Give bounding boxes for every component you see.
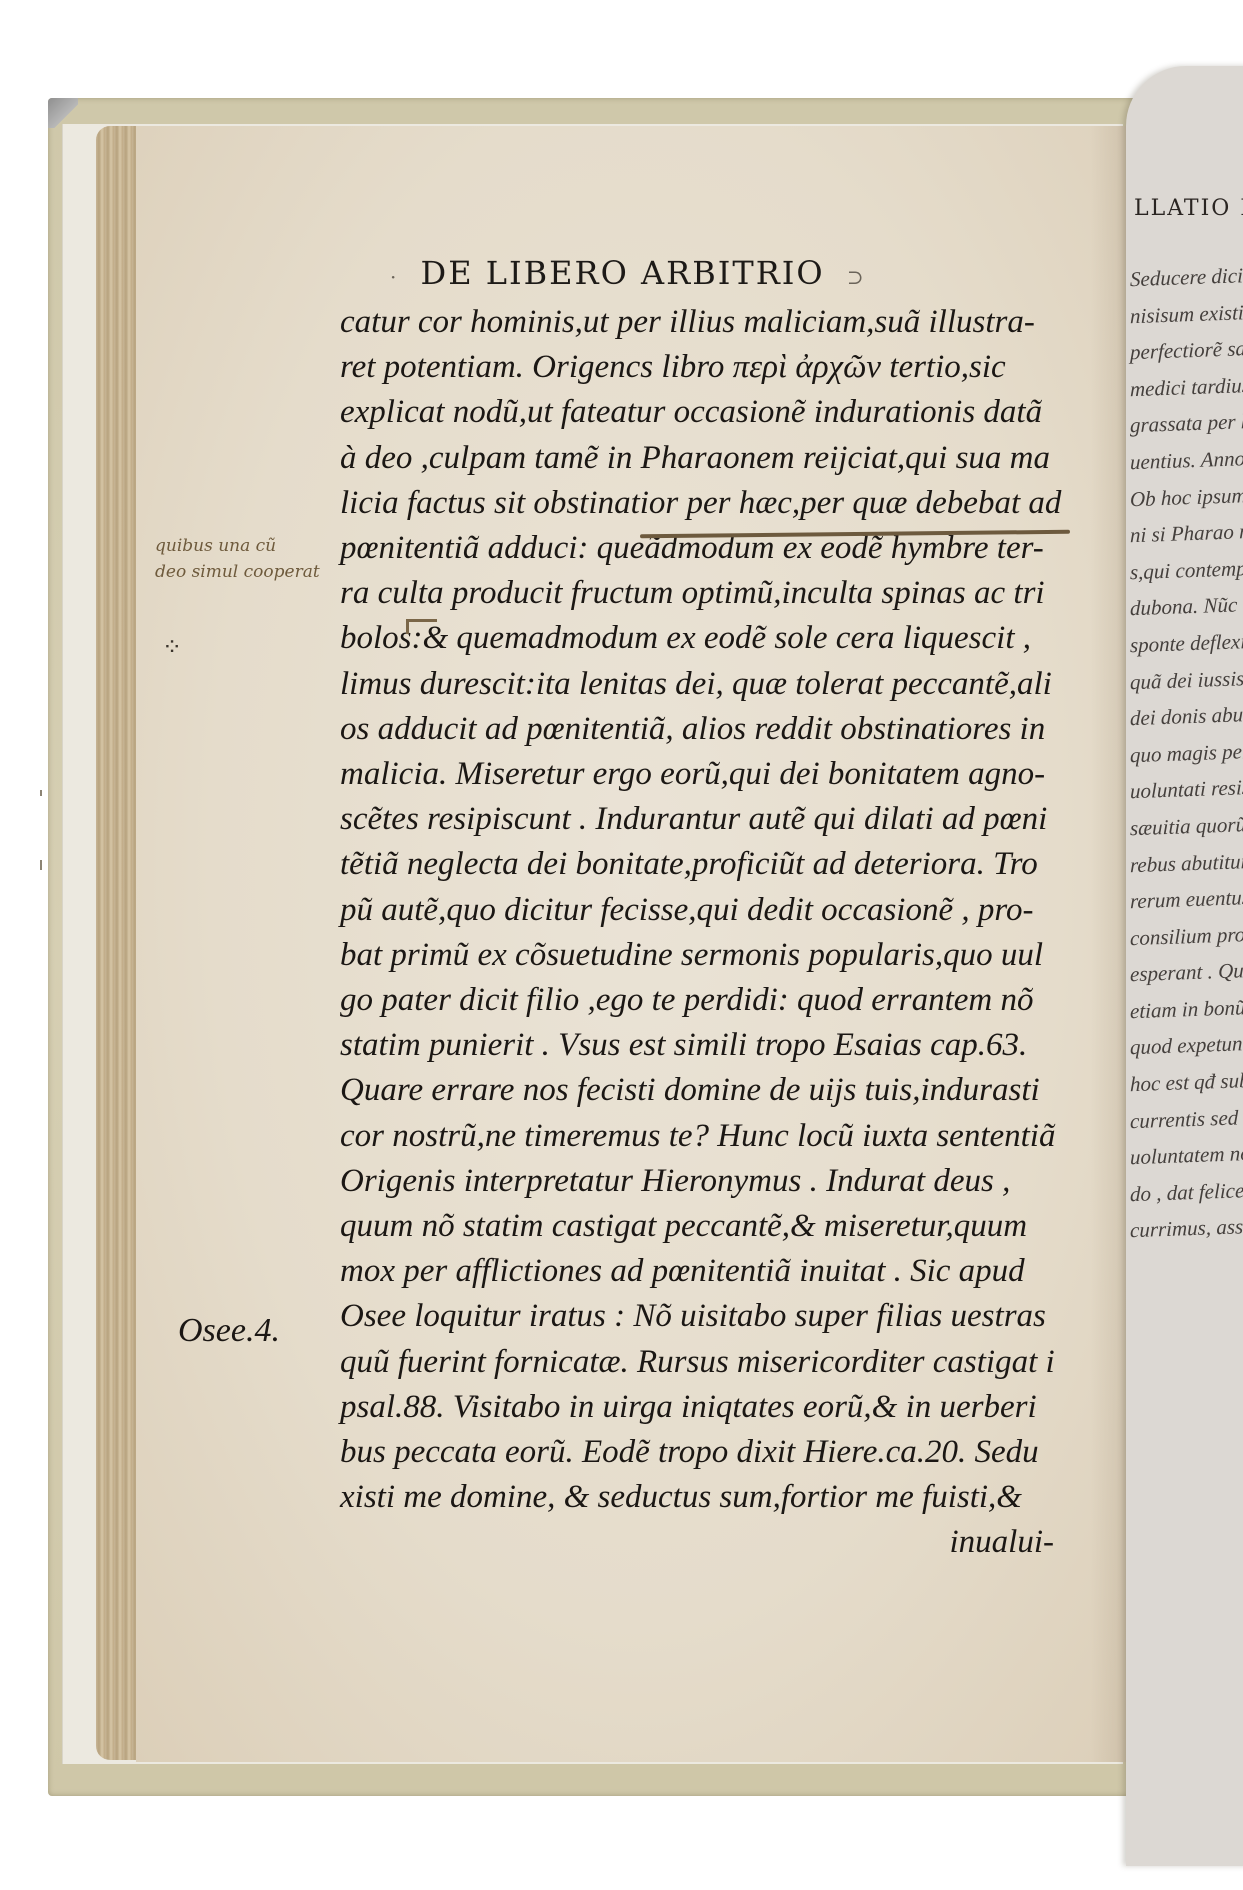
facing-text-block: Seducere dicitur qui non f nisisum exist… (1130, 251, 1243, 1250)
text-line: tẽtiã neglecta dei bonitate,proficiũt ad… (340, 842, 1060, 887)
text-line: bat primũ ex cõsuetudine sermonis popula… (340, 933, 1060, 978)
text-line: quũ fuerint fornicatæ. Rursus misericord… (340, 1340, 1060, 1385)
facing-page: LLATIO D. ER Seducere dicitur qui non f … (1126, 66, 1243, 1866)
text-line: ra culta producit fructum optimũ,inculta… (340, 571, 1060, 616)
text-line: catur cor hominis,ut per illius maliciam… (340, 300, 1060, 345)
running-head-title: DE LIBERO ARBITRIO (421, 254, 825, 292)
ornament-right: ⊃ (847, 265, 866, 289)
text-line: mox per afflictiones ad pœnitentiã inuit… (340, 1249, 1060, 1294)
text-line: Osee loquitur iratus : Nõ uisitabo super… (340, 1294, 1060, 1339)
text-line: Origenis interpretatur Hieronymus . Indu… (340, 1159, 1060, 1204)
text-line: à deo ,culpam tamẽ in Pharaonem reijciat… (340, 436, 1060, 481)
text-line: cor nostrũ,ne timeremus te? Hunc locũ iu… (340, 1114, 1060, 1159)
text-line: Quare errare nos fecisti domine de uijs … (340, 1068, 1060, 1113)
text-line: go pater dicit filio ,ego te perdidi: qu… (340, 978, 1060, 1023)
text-line: explicat nodũ,ut fateatur occasionẽ indu… (340, 390, 1060, 435)
text-line: scẽtes resipiscunt . Indurantur autẽ qui… (340, 797, 1060, 842)
manuscript-bracket (406, 619, 437, 634)
ornament-left: · (390, 265, 398, 289)
text-line: bus peccata eorũ. Eodẽ tropo dixit Hiere… (340, 1430, 1060, 1475)
text-line: pũ autẽ,quo dicitur fecisse,qui dedit oc… (340, 888, 1060, 933)
text-line: xisti me domine, & seductus sum,fortior … (340, 1475, 1060, 1520)
text-line: quum nõ statim castigat peccantẽ,& miser… (340, 1204, 1060, 1249)
facing-text-line: Seducere dicitur qui non f (1130, 251, 1243, 298)
facing-running-head: LLATIO D. ER (1134, 196, 1243, 221)
marginal-dots-mark: ⁘ (162, 642, 182, 652)
edge-mark (40, 790, 42, 796)
manuscript-note-line: deo simul cooperat (155, 559, 320, 585)
text-line: malicia. Miseretur ergo eorũ,qui dei bon… (340, 752, 1060, 797)
text-line: psal.88. Visitabo in uirga iniqtates eor… (340, 1385, 1060, 1430)
printed-marginal-reference: Osee.4. (178, 1312, 280, 1350)
running-head: · DE LIBERO ARBITRIO ⊃ (380, 254, 876, 292)
text-line: bolos:& quemadmodum ex eodẽ sole cera li… (340, 616, 1060, 661)
main-text-block: catur cor hominis,ut per illius maliciam… (340, 300, 1060, 1566)
text-line: ret potentiam. Origencs libro περὶ ἀρχῶν… (340, 345, 1060, 390)
manuscript-marginal-note: quibus una cũ deo simul cooperat (155, 533, 320, 585)
text-line: os adducit ad pœnitentiã, alios reddit o… (340, 707, 1060, 752)
text-line: statim punierit . Vsus est simili tropo … (340, 1023, 1060, 1068)
text-line: limus durescit:ita lenitas dei, quæ tole… (340, 662, 1060, 707)
manuscript-note-line: quibus una cũ (155, 533, 320, 559)
catchword: inualui- (340, 1520, 1060, 1565)
edge-mark (40, 860, 42, 870)
text-line: licia factus sit obstinatior per hæc,per… (340, 481, 1060, 526)
